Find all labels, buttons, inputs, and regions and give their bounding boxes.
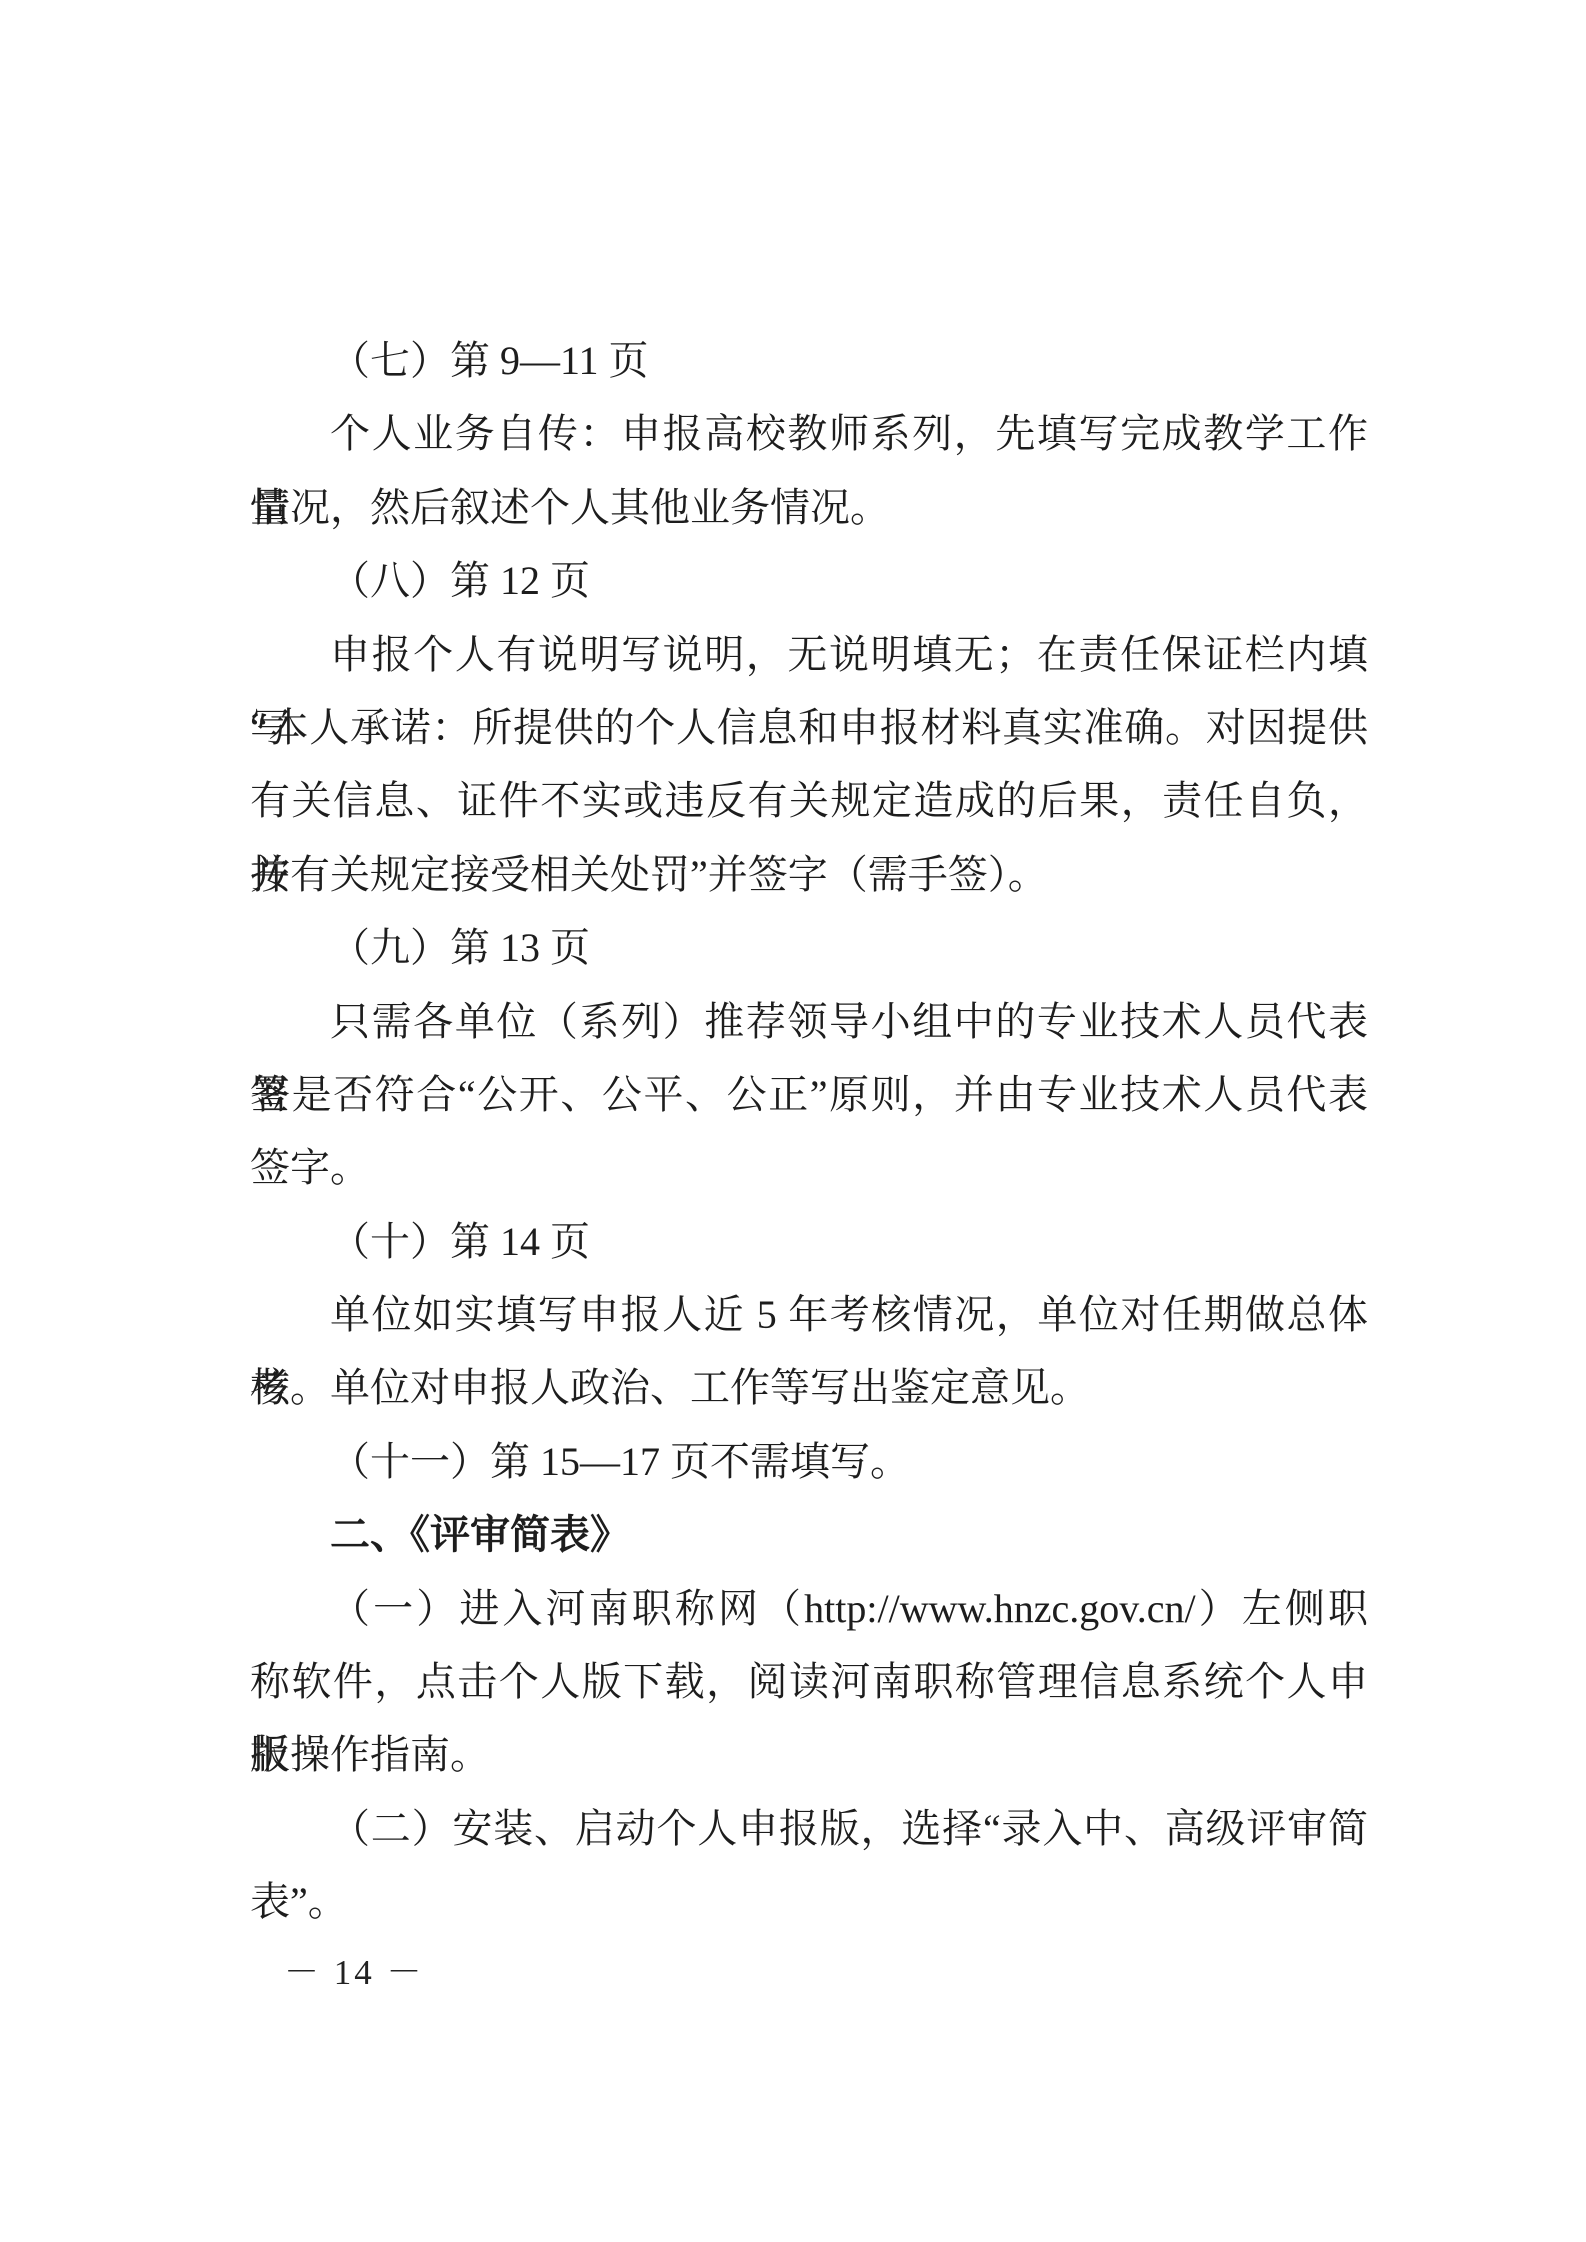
section-heading-10: （十）第 14 页	[250, 1205, 1368, 1278]
chapter-heading: 二、《评审简表》	[250, 1498, 1368, 1571]
body-text-line: 有关信息、证件不实或违反有关规定造成的后果，责任自负，并	[250, 764, 1368, 837]
body-text-line: 情况，然后叙述个人其他业务情况。	[250, 471, 1368, 544]
body-text-line: 称软件，点击个人版下载，阅读河南职称管理信息系统个人申报	[250, 1645, 1368, 1718]
document-page: （七）第 9—11 页 个人业务自传：申报高校教师系列，先填写完成教学工作量 情…	[0, 0, 1586, 2242]
body-text-line: 单位如实填写申报人近 5 年考核情况，单位对任期做总体考	[250, 1278, 1368, 1351]
body-text-line: 表”。	[250, 1865, 1368, 1938]
body-text-line: 按有关规定接受相关处罚”并签字（需手签）。	[250, 838, 1368, 911]
body-text-line: 个人业务自传：申报高校教师系列，先填写完成教学工作量	[250, 397, 1368, 470]
section-heading-7: （七）第 9—11 页	[250, 324, 1368, 397]
body-text-line: 版操作指南。	[250, 1718, 1368, 1791]
body-text-line: 申报个人有说明写说明，无说明填无；在责任保证栏内填写	[250, 618, 1368, 691]
document-text-column: （七）第 9—11 页 个人业务自传：申报高校教师系列，先填写完成教学工作量 情…	[250, 324, 1368, 1939]
section-heading-9: （九）第 13 页	[250, 911, 1368, 984]
body-text-line: 核。单位对申报人政治、工作等写出鉴定意见。	[250, 1351, 1368, 1424]
page-number: － 14 －	[284, 1952, 425, 1994]
section-heading-8: （八）第 12 页	[250, 544, 1368, 617]
body-text-line: “本人承诺：所提供的个人信息和申报材料真实准确。对因提供	[250, 691, 1368, 764]
body-text-line: （一）进入河南职称网（http://www.hnzc.gov.cn/）左侧职	[250, 1572, 1368, 1645]
body-text-line: 签字。	[250, 1131, 1368, 1204]
body-text-line: 署是否符合“公开、公平、公正”原则，并由专业技术人员代表	[250, 1058, 1368, 1131]
section-heading-11: （十一）第 15—17 页不需填写。	[250, 1425, 1368, 1498]
body-text-line: （二）安装、启动个人申报版，选择“录入中、高级评审简	[250, 1792, 1368, 1865]
body-text-line: 只需各单位（系列）推荐领导小组中的专业技术人员代表签	[250, 985, 1368, 1058]
